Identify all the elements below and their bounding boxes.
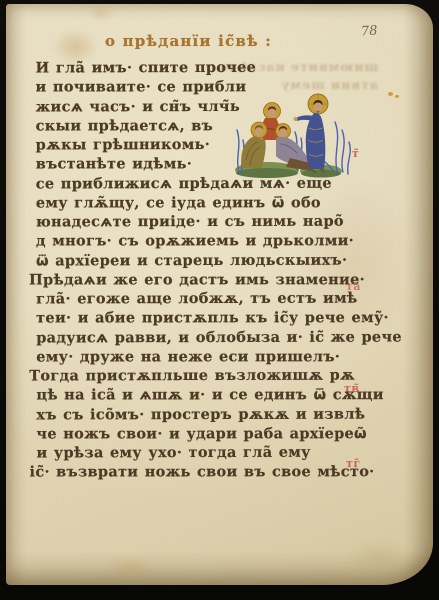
text-line: И гла̃ имъ· спите прочее bbox=[35, 58, 375, 78]
text-line: скыи прѣдаетсѧ, въ bbox=[36, 116, 376, 136]
text-line: въстанѣте идѣмь· bbox=[36, 154, 376, 174]
text-block: И гла̃ имъ· спите прочее и почиваите· се… bbox=[35, 58, 376, 482]
text-line: теи· и абие пристѫпль къ іс̃у рече ему̃· bbox=[36, 308, 376, 328]
text-line: хъ съ ісо̃мъ· простеръ рѫкѫ и извлѣ bbox=[36, 404, 376, 424]
text-line: д многъ· съ орѫжиемь и дрьколми· bbox=[36, 231, 376, 251]
text-line: жисѧ часъ· и сн̃ъ члч̃ь bbox=[36, 96, 376, 116]
text-line: юнадесѧте приіде· и съ нимь наро̃ bbox=[36, 212, 376, 232]
text-line: цѣ на іса̃ и ѧшѫ и· и се единъ ѿ сѫщи bbox=[36, 385, 376, 405]
text-line: радуисѧ равви, и облобыза и· іс̃ же рече bbox=[36, 327, 376, 347]
text-line: Прѣдаѧи же его дастъ имь знамение· bbox=[29, 270, 376, 290]
text-line: ему· друже на неже еси пришелъ· bbox=[36, 347, 376, 367]
text-line: че ножъ свои· и удари раба архїереѡ̃ bbox=[36, 424, 376, 444]
text-line: се приближисѧ прѣдаѧи мѧ· еще bbox=[36, 173, 376, 193]
text-line: Тогда пристѫпльше възложишѫ рѫ bbox=[29, 366, 376, 386]
folio-number: 78 bbox=[360, 23, 378, 39]
text-line: іс̃· възврати ножь свои въ свое мѣсто· bbox=[30, 462, 377, 482]
manuscript-photo: о прѣданїи іс̃вѣ : 78 шиюмвите наслѣвь а… bbox=[0, 0, 439, 600]
text-line: ѿ архїереи и старець людьскыихъ· bbox=[36, 250, 376, 270]
text-line: гла̃· егоже аще лобжѫ, тъ естъ имѣ bbox=[36, 289, 376, 309]
text-line: и урѣза ему ухо· тогда гла̃ ему bbox=[36, 443, 376, 463]
gold-fleck bbox=[395, 95, 399, 98]
text-line: ему глѫ̃щу, се іуда единъ ѿ обо bbox=[36, 193, 376, 213]
text-line: рѫкы грѣшникомь· bbox=[36, 135, 376, 155]
text-line: и почиваите· се прибли bbox=[36, 77, 376, 97]
rubric-header: о прѣданїи іс̃вѣ : bbox=[105, 32, 272, 50]
gold-fleck bbox=[388, 92, 393, 96]
